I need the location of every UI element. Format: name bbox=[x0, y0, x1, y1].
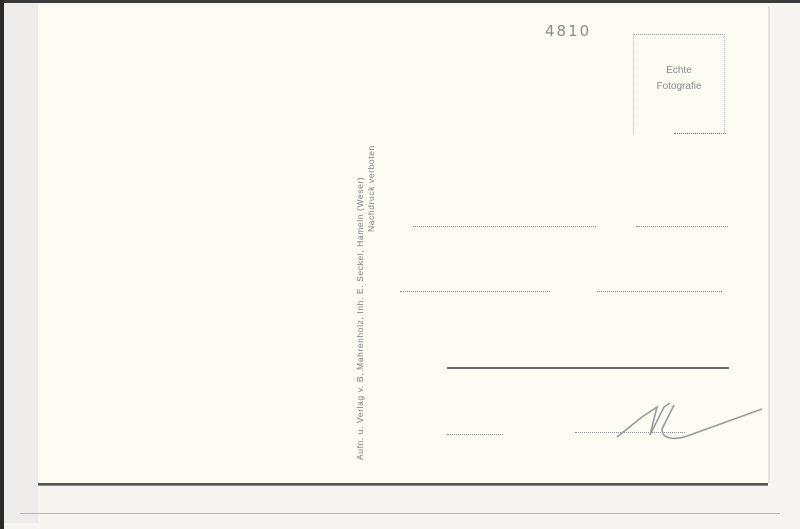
scan-bottom-line bbox=[20, 513, 780, 514]
scan-top-edge bbox=[0, 0, 800, 3]
address-line-2b bbox=[597, 291, 722, 292]
signature-mark bbox=[612, 395, 772, 445]
stamp-box-bottom bbox=[674, 133, 726, 134]
scan-margin bbox=[4, 3, 38, 523]
address-line-4a bbox=[447, 434, 503, 435]
publisher-line-2: Nachdruck verboten bbox=[366, 145, 377, 460]
address-line-3 bbox=[447, 367, 729, 369]
publisher-imprint: Aufn. u. Verlag v. B. Mahrenholz, Inh. E… bbox=[355, 145, 377, 460]
inventory-number: 4810 bbox=[545, 22, 591, 40]
address-line-2a bbox=[400, 291, 550, 292]
stamp-line-1: Echte bbox=[634, 63, 724, 79]
stamp-box: Echte Fotografie bbox=[633, 34, 725, 133]
address-line-1b bbox=[636, 226, 728, 227]
address-line-1a bbox=[413, 226, 596, 227]
stamp-label: Echte Fotografie bbox=[634, 63, 724, 95]
stamp-line-2: Fotografie bbox=[634, 79, 724, 95]
publisher-line-1: Aufn. u. Verlag v. B. Mahrenholz, Inh. E… bbox=[355, 145, 366, 460]
